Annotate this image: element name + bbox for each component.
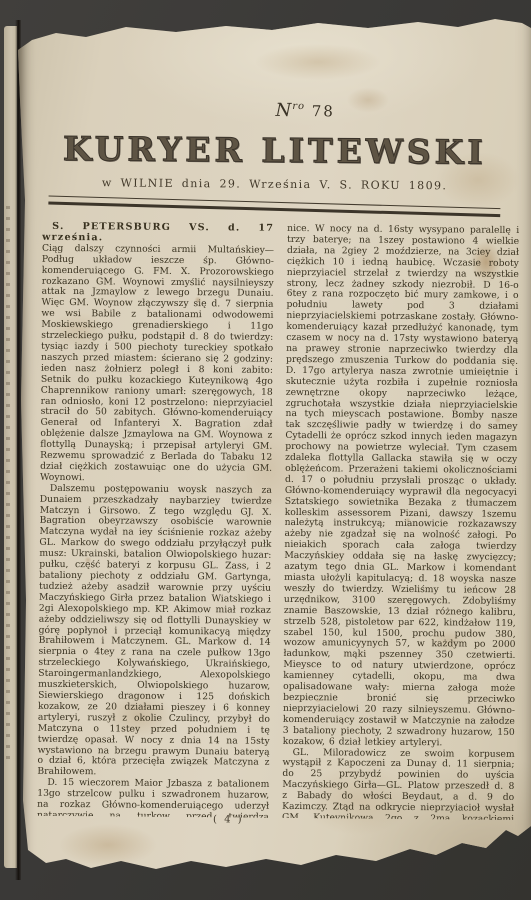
scan-backdrop: Nro 78 KURYER LITEWSKI w WILNIE dnia 29.… — [0, 0, 531, 900]
issue-label: N — [275, 100, 292, 121]
header-rule — [48, 195, 500, 217]
right-column: nice. W nocy na d. 16sty wysypano parale… — [282, 224, 519, 820]
newspaper-title: KURYER LITEWSKI — [27, 129, 523, 173]
issue-value: 78 — [312, 102, 335, 120]
page-content: Nro 78 KURYER LITEWSKI w WILNIE dnia 29.… — [20, 20, 523, 884]
page-number: ( 4 ) — [213, 814, 244, 825]
spine-shadow — [15, 20, 21, 880]
article-paragraph: Ciąg dalszy czynności armii Multańskiey—… — [40, 244, 274, 486]
issue-number: Nro 78 — [87, 98, 523, 123]
newspaper-page: Nro 78 KURYER LITEWSKI w WILNIE dnia 29.… — [18, 0, 531, 900]
article-paragraph: Dalszemu postępowaniu woysk naszych za D… — [37, 484, 272, 780]
article-paragraph: nice. W nocy na d. 16sty wysypano parale… — [283, 224, 520, 750]
article-paragraph: D. 15 wieczorem Maior Jzbasza z batalion… — [37, 778, 269, 818]
article-paragraph: GL. Miloradowicz ze swoim korpusem wystą… — [282, 747, 515, 820]
issue-superscript: ro — [292, 101, 305, 112]
article-heading: S. PETERSBURG VS. d. 17 września. — [42, 222, 274, 246]
left-column: S. PETERSBURG VS. d. 17 września. Ciąg d… — [37, 222, 274, 818]
article-columns: S. PETERSBURG VS. d. 17 września. Ciąg d… — [37, 222, 522, 820]
dateline: w WILNIE dnia 29. Września V. S. ROKU 18… — [27, 176, 523, 193]
